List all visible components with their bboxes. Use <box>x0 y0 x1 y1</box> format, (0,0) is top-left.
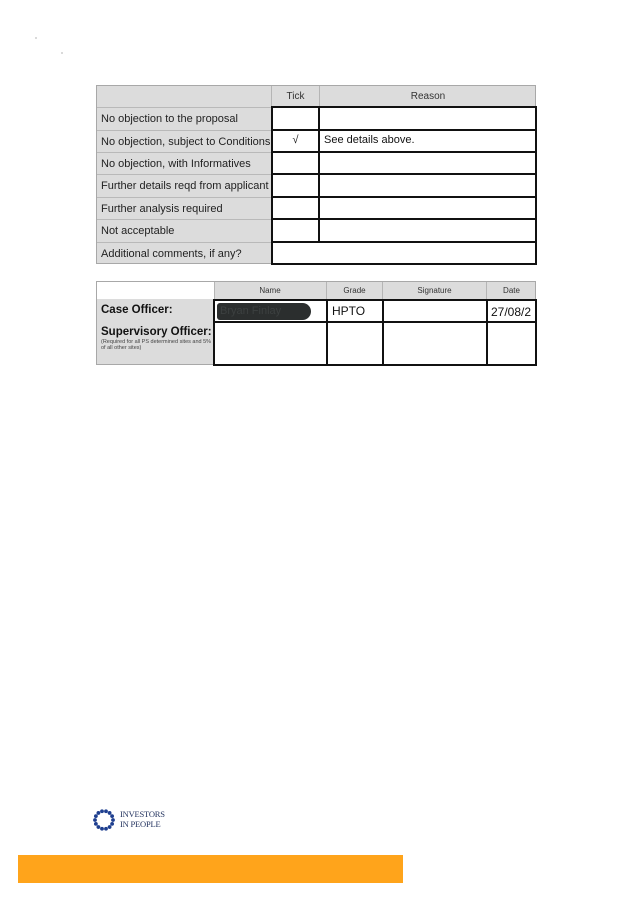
scan-speck <box>61 52 63 54</box>
officer-signoff-table: Name Grade Signature Date Case Officer: … <box>96 281 536 365</box>
scan-speck <box>35 37 37 39</box>
footer-orange-bar <box>18 855 403 883</box>
reason-field-with-informatives[interactable] <box>318 151 537 175</box>
case-officer-date-field[interactable]: 27/08/2 <box>486 299 537 323</box>
row-label-additional-comments: Additional comments, if any? <box>97 242 271 264</box>
header-blank-cell <box>97 282 215 299</box>
supervisory-officer-signature-field[interactable] <box>382 321 488 366</box>
row-label-subject-to-conditions: No objection, subject to Conditions <box>97 130 271 152</box>
column-header-grade: Grade <box>327 282 383 299</box>
column-header-date: Date <box>487 282 536 299</box>
redacted-name: Bryan Finlay <box>217 303 311 320</box>
tick-box-further-analysis[interactable] <box>271 196 320 220</box>
case-officer-label: Case Officer: <box>101 304 173 316</box>
supervisory-officer-date-field[interactable] <box>486 321 537 366</box>
additional-comments-field[interactable] <box>271 241 537 265</box>
row-label-further-details: Further details reqd from applicant <box>97 174 271 197</box>
row-label-not-acceptable: Not acceptable <box>97 219 271 242</box>
supervisory-officer-label: Supervisory Officer: <box>101 326 212 338</box>
case-officer-name-field[interactable]: Bryan Finlay <box>213 299 328 323</box>
reason-field-further-analysis[interactable] <box>318 196 537 220</box>
row-label-with-informatives: No objection, with Informatives <box>97 152 271 174</box>
tick-box-not-acceptable[interactable] <box>271 218 320 243</box>
logo-line-1: INVESTORS <box>120 809 165 819</box>
reason-field-not-acceptable[interactable] <box>318 218 537 243</box>
logo-text: INVESTORS IN PEOPLE <box>120 809 165 829</box>
tick-box-with-informatives[interactable] <box>271 151 320 175</box>
column-header-tick: Tick <box>271 86 319 107</box>
case-officer-grade-field[interactable]: HPTO <box>326 299 384 323</box>
case-officer-signature-field[interactable] <box>382 299 488 323</box>
row-label-further-analysis: Further analysis required <box>97 197 271 219</box>
supervisory-officer-note: (Required for all PS determined sites an… <box>101 339 213 351</box>
case-officer-date: 27/08/2 <box>491 304 531 320</box>
supervisory-officer-grade-field[interactable] <box>326 321 384 366</box>
supervisory-officer-name-field[interactable] <box>213 321 328 366</box>
case-officer-grade: HPTO <box>332 303 365 319</box>
investors-in-people-logo: INVESTORS IN PEOPLE <box>92 808 182 832</box>
table-header-row: Tick Reason <box>97 86 535 107</box>
consultation-response-table: Tick Reason No objection to the proposal… <box>96 85 536 264</box>
reason-field-subject-to-conditions[interactable]: See details above. <box>318 129 537 153</box>
investors-in-people-ring-icon <box>92 808 116 832</box>
reason-field-no-objection[interactable] <box>318 106 537 131</box>
tick-box-further-details[interactable] <box>271 173 320 198</box>
column-header-name: Name <box>214 282 327 299</box>
column-header-reason: Reason <box>319 86 536 107</box>
tick-box-subject-to-conditions[interactable]: √ <box>271 129 320 153</box>
tick-box-no-objection[interactable] <box>271 106 320 131</box>
row-label-no-objection: No objection to the proposal <box>97 107 271 130</box>
column-header-signature: Signature <box>383 282 487 299</box>
reason-field-further-details[interactable] <box>318 173 537 198</box>
logo-line-2: IN PEOPLE <box>120 819 165 829</box>
